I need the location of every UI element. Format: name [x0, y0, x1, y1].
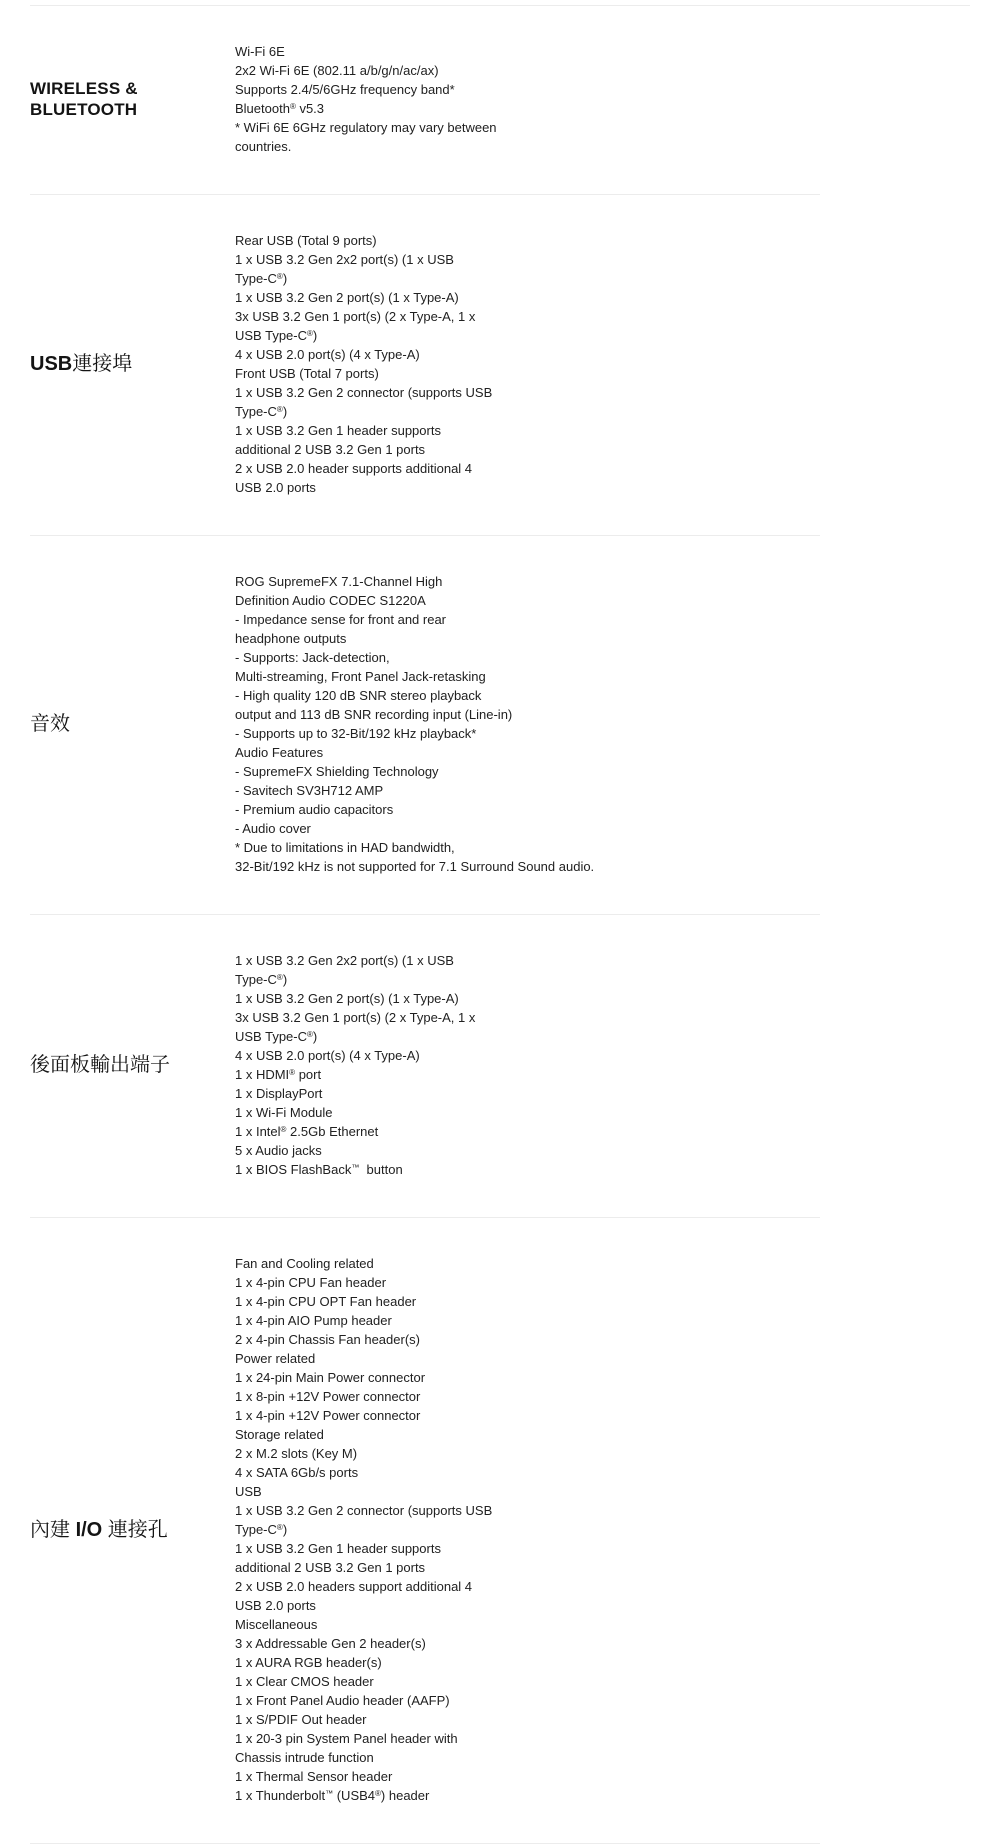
spec-line: 1 x Clear CMOS header — [235, 1672, 820, 1691]
spec-line: USB Type-C®) — [235, 1027, 820, 1046]
spec-line: 1 x 4-pin +12V Power connector — [235, 1406, 820, 1425]
spec-line: USB 2.0 ports — [235, 1596, 820, 1615]
registered-mark: ® — [277, 405, 283, 414]
spec-line: Supports 2.4/5/6GHz frequency band* — [235, 80, 820, 99]
registered-mark: ® — [289, 1068, 295, 1077]
spec-line: 1 x 4-pin AIO Pump header — [235, 1311, 820, 1330]
spec-line: - Premium audio capacitors — [235, 800, 820, 819]
spec-line: 1 x Wi-Fi Module — [235, 1103, 820, 1122]
spec-page: WIRELESS &BLUETOOTHWi-Fi 6E2x2 Wi-Fi 6E … — [30, 5, 970, 1844]
spec-line: * WiFi 6E 6GHz regulatory may vary betwe… — [235, 118, 820, 137]
spec-line: - Supports up to 32-Bit/192 kHz playback… — [235, 724, 820, 743]
spec-line: Bluetooth® v5.3 — [235, 99, 820, 118]
spec-label-usb-ports: USB連接埠 — [30, 231, 235, 497]
registered-mark: ® — [277, 1523, 283, 1532]
registered-mark: ® — [290, 102, 296, 111]
spec-line: 4 x USB 2.0 port(s) (4 x Type-A) — [235, 1046, 820, 1065]
spec-label-text: 音效 — [30, 711, 70, 737]
spec-label-part: 內建 — [30, 1519, 76, 1541]
spec-line: additional 2 USB 3.2 Gen 1 ports — [235, 440, 820, 459]
spec-content-rear-panel-io: 1 x USB 3.2 Gen 2x2 port(s) (1 x USBType… — [235, 951, 820, 1179]
spec-line: ROG SupremeFX 7.1-Channel High — [235, 572, 820, 591]
spec-line: - Supports: Jack-detection, — [235, 648, 820, 667]
spec-line: output and 113 dB SNR recording input (L… — [235, 705, 820, 724]
spec-label-part: USB — [30, 353, 72, 375]
spec-label-text: 後面板輸出端子 — [30, 1052, 170, 1078]
spec-label-text: USB連接埠 — [30, 351, 132, 377]
spec-line: 3x USB 3.2 Gen 1 port(s) (2 x Type-A, 1 … — [235, 307, 820, 326]
spec-line: 1 x Thunderbolt™ (USB4®) header — [235, 1786, 820, 1805]
spec-line: Type-C®) — [235, 1520, 820, 1539]
spec-label-internal-io: 內建 I/O 連接孔 — [30, 1254, 235, 1805]
spec-section-rear-panel-io: 後面板輸出端子1 x USB 3.2 Gen 2x2 port(s) (1 x … — [30, 915, 820, 1218]
spec-line: headphone outputs — [235, 629, 820, 648]
spec-line: 2x2 Wi-Fi 6E (802.11 a/b/g/n/ac/ax) — [235, 61, 820, 80]
spec-line: 1 x S/PDIF Out header — [235, 1710, 820, 1729]
spec-line: - SupremeFX Shielding Technology — [235, 762, 820, 781]
spec-line: Fan and Cooling related — [235, 1254, 820, 1273]
spec-line: Front USB (Total 7 ports) — [235, 364, 820, 383]
spec-line: USB — [235, 1482, 820, 1501]
spec-line: 5 x Audio jacks — [235, 1141, 820, 1160]
spec-line: 2 x USB 2.0 header supports additional 4 — [235, 459, 820, 478]
spec-line: 1 x Thermal Sensor header — [235, 1767, 820, 1786]
spec-label-part: BLUETOOTH — [30, 100, 137, 119]
spec-line: - Audio cover — [235, 819, 820, 838]
spec-label-part: 連接孔 — [102, 1519, 168, 1541]
spec-line: 1 x 4-pin CPU OPT Fan header — [235, 1292, 820, 1311]
spec-line: 1 x AURA RGB header(s) — [235, 1653, 820, 1672]
spec-label-part: 後面板輸出端子 — [30, 1054, 170, 1076]
spec-line: 1 x Intel® 2.5Gb Ethernet — [235, 1122, 820, 1141]
spec-content-wireless-bluetooth: Wi-Fi 6E2x2 Wi-Fi 6E (802.11 a/b/g/n/ac/… — [235, 42, 820, 156]
spec-line: - Impedance sense for front and rear — [235, 610, 820, 629]
spec-line: 4 x SATA 6Gb/s ports — [235, 1463, 820, 1482]
spec-line: Storage related — [235, 1425, 820, 1444]
spec-section-internal-io: 內建 I/O 連接孔Fan and Cooling related1 x 4-p… — [30, 1218, 820, 1844]
spec-content-usb-ports: Rear USB (Total 9 ports)1 x USB 3.2 Gen … — [235, 231, 820, 497]
spec-line: Definition Audio CODEC S1220A — [235, 591, 820, 610]
spec-line: 1 x USB 3.2 Gen 2 connector (supports US… — [235, 383, 820, 402]
spec-line: 1 x USB 3.2 Gen 2 connector (supports US… — [235, 1501, 820, 1520]
spec-line: 1 x BIOS FlashBack™ button — [235, 1160, 820, 1179]
spec-line: 1 x HDMI® port — [235, 1065, 820, 1084]
spec-section-usb-ports: USB連接埠Rear USB (Total 9 ports)1 x USB 3.… — [30, 195, 820, 536]
spec-label-audio: 音效 — [30, 572, 235, 876]
spec-line: 1 x DisplayPort — [235, 1084, 820, 1103]
spec-line: 1 x 20-3 pin System Panel header with — [235, 1729, 820, 1748]
spec-line: - Savitech SV3H712 AMP — [235, 781, 820, 800]
trademark-mark: ™ — [351, 1163, 359, 1172]
spec-table: WIRELESS &BLUETOOTHWi-Fi 6E2x2 Wi-Fi 6E … — [30, 6, 820, 1844]
spec-line: * Due to limitations in HAD bandwidth, — [235, 838, 820, 857]
spec-line: Type-C®) — [235, 970, 820, 989]
registered-mark: ® — [307, 1030, 313, 1039]
trademark-mark: ™ — [325, 1789, 333, 1798]
spec-line: USB 2.0 ports — [235, 478, 820, 497]
spec-line: Audio Features — [235, 743, 820, 762]
spec-line: additional 2 USB 3.2 Gen 1 ports — [235, 1558, 820, 1577]
registered-mark: ® — [307, 329, 313, 338]
spec-line: 2 x 4-pin Chassis Fan header(s) — [235, 1330, 820, 1349]
spec-line: 1 x USB 3.2 Gen 2 port(s) (1 x Type-A) — [235, 989, 820, 1008]
spec-line: Chassis intrude function — [235, 1748, 820, 1767]
spec-line: 32-Bit/192 kHz is not supported for 7.1 … — [235, 857, 820, 876]
spec-line: 2 x USB 2.0 headers support additional 4 — [235, 1577, 820, 1596]
spec-label-rear-panel-io: 後面板輸出端子 — [30, 951, 235, 1179]
registered-mark: ® — [277, 973, 283, 982]
spec-line: 1 x USB 3.2 Gen 1 header supports — [235, 1539, 820, 1558]
spec-line: 1 x USB 3.2 Gen 2x2 port(s) (1 x USB — [235, 250, 820, 269]
spec-line: Rear USB (Total 9 ports) — [235, 231, 820, 250]
spec-line: 1 x Front Panel Audio header (AAFP) — [235, 1691, 820, 1710]
spec-line: 3x USB 3.2 Gen 1 port(s) (2 x Type-A, 1 … — [235, 1008, 820, 1027]
spec-line: Multi-streaming, Front Panel Jack-retask… — [235, 667, 820, 686]
spec-line: 1 x USB 3.2 Gen 1 header supports — [235, 421, 820, 440]
spec-line: Miscellaneous — [235, 1615, 820, 1634]
spec-line: 2 x M.2 slots (Key M) — [235, 1444, 820, 1463]
spec-line: - High quality 120 dB SNR stereo playbac… — [235, 686, 820, 705]
spec-label-text: WIRELESS &BLUETOOTH — [30, 78, 138, 120]
spec-line: 3 x Addressable Gen 2 header(s) — [235, 1634, 820, 1653]
spec-label-text: 內建 I/O 連接孔 — [30, 1517, 168, 1543]
spec-label-part: WIRELESS & — [30, 79, 138, 98]
spec-label-wireless-bluetooth: WIRELESS &BLUETOOTH — [30, 42, 235, 156]
spec-line: 1 x 24-pin Main Power connector — [235, 1368, 820, 1387]
spec-line: 4 x USB 2.0 port(s) (4 x Type-A) — [235, 345, 820, 364]
spec-line: Wi-Fi 6E — [235, 42, 820, 61]
spec-line: Power related — [235, 1349, 820, 1368]
spec-section-audio: 音效ROG SupremeFX 7.1-Channel HighDefiniti… — [30, 536, 820, 915]
spec-content-internal-io: Fan and Cooling related1 x 4-pin CPU Fan… — [235, 1254, 820, 1805]
spec-line: 1 x USB 3.2 Gen 2 port(s) (1 x Type-A) — [235, 288, 820, 307]
spec-line: Type-C®) — [235, 269, 820, 288]
spec-line: Type-C®) — [235, 402, 820, 421]
spec-label-part: 連接埠 — [72, 353, 132, 375]
spec-section-wireless-bluetooth: WIRELESS &BLUETOOTHWi-Fi 6E2x2 Wi-Fi 6E … — [30, 6, 820, 195]
spec-label-part: 音效 — [30, 713, 70, 735]
spec-line: 1 x 4-pin CPU Fan header — [235, 1273, 820, 1292]
spec-label-part: I/O — [76, 1519, 103, 1541]
spec-content-audio: ROG SupremeFX 7.1-Channel HighDefinition… — [235, 572, 820, 876]
registered-mark: ® — [375, 1789, 381, 1798]
spec-line: countries. — [235, 137, 820, 156]
registered-mark: ® — [277, 272, 283, 281]
spec-line: 1 x 8-pin +12V Power connector — [235, 1387, 820, 1406]
registered-mark: ® — [281, 1125, 287, 1134]
spec-line: 1 x USB 3.2 Gen 2x2 port(s) (1 x USB — [235, 951, 820, 970]
spec-line: USB Type-C®) — [235, 326, 820, 345]
